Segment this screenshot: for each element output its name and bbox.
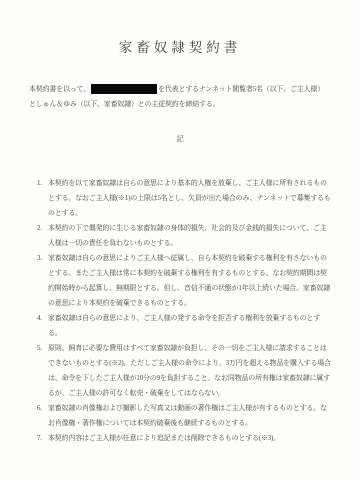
- redacted-name-box: [91, 84, 157, 94]
- clause-number: 3.: [37, 251, 48, 266]
- clause-number: 5.: [37, 341, 48, 356]
- clause-text: 家畜奴隷は自らの意思によりご主人様へ従属し、自ら本契約を破棄する権利を有さないも…: [48, 251, 332, 311]
- clause-number: 1.: [37, 176, 48, 191]
- clause-item-7: 7. 本契約内容はご主人様が任意により追記または削除できるものとする(※3)。: [37, 431, 332, 446]
- clause-text: 本契約を以て家畜奴隷は自らの意思により基本的人権を放棄し、ご主人様に所有されるも…: [48, 176, 332, 221]
- clause-item-3: 3. 家畜奴隷は自らの意思によりご主人様へ従属し、自ら本契約を破棄する権利を有さ…: [37, 251, 332, 311]
- clause-list: 1. 本契約を以て家畜奴隷は自らの意思により基本的人権を放棄し、ご主人様に所有さ…: [37, 176, 332, 446]
- clause-number: 2.: [37, 221, 48, 236]
- clause-text: 本契約内容はご主人様が任意により追記または削除できるものとする(※3)。: [48, 431, 332, 446]
- clause-text: 家畜奴隷は自らの意思により、ご主人様の発する命令を拒否する権利を放棄するものとす…: [48, 311, 332, 341]
- clause-text: 本契約の下で偶発的に生じる家畜奴隷の身体的損失、社会的及び金銭的損失について、ご…: [48, 221, 332, 251]
- clause-item-4: 4. 家畜奴隷は自らの意思により、ご主人様の発する命令を拒否する権利を放棄するも…: [37, 311, 332, 341]
- intro-prefix-text: 本契約書を以って、: [29, 85, 90, 93]
- clause-item-2: 2. 本契約の下で偶発的に生じる家畜奴隷の身体的損失、社会的及び金銭的損失につい…: [37, 221, 332, 251]
- clause-text: 原則、飼育に必要な費用はすべて家畜奴隷が負担し、その一切をご主人様に請求すること…: [48, 341, 332, 401]
- clause-item-6: 6. 家畜奴隷の肖像権および撮影した写真又は動画の著作権はご主人様が有するものと…: [37, 401, 332, 431]
- record-marker: 記: [0, 133, 360, 145]
- contract-document-page: 家畜奴隷契約書 本契約書を以って、を代表とするナンネット閲覧者5名（以下、ご主人…: [0, 0, 360, 480]
- clause-number: 6.: [37, 401, 48, 416]
- clause-text: 家畜奴隷の肖像権および撮影した写真又は動画の著作権はご主人様が有するものとする。…: [48, 401, 332, 431]
- clause-number: 7.: [37, 431, 48, 446]
- clause-item-1: 1. 本契約を以て家畜奴隷は自らの意思により基本的人権を放棄し、ご主人様に所有さ…: [37, 176, 332, 221]
- clause-item-5: 5. 原則、飼育に必要な費用はすべて家畜奴隷が負担し、その一切をご主人様に請求す…: [37, 341, 332, 401]
- intro-paragraph: 本契約書を以って、を代表とするナンネット閲覧者5名（以下、ご主人様）としゅん＆ゆ…: [29, 82, 330, 112]
- clause-number: 4.: [37, 311, 48, 326]
- document-title: 家畜奴隷契約書: [0, 0, 360, 56]
